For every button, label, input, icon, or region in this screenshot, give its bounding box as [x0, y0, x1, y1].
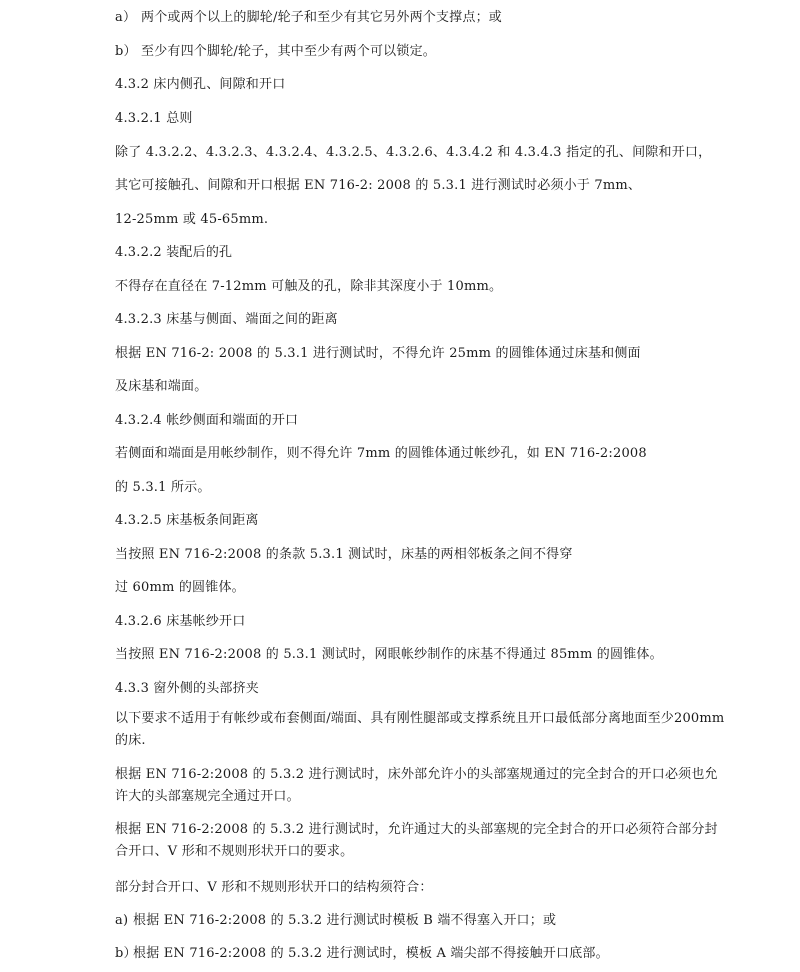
body-text-line: 根据 EN 716-2: 2008 的 5.3.1 进行测试时，不得允许 25m…	[115, 346, 641, 362]
list-item-a-casters: a）两个或两个以上的脚轮/轮子和至少有其它另外两个支撑点；或	[115, 10, 502, 26]
section-heading-4-3-3: 4.3.3 窗外侧的头部挤夹	[115, 681, 259, 697]
section-heading-4-3-2: 4.3.2 床内侧孔、间隙和开口	[115, 77, 285, 93]
list-label: b）	[115, 946, 133, 962]
list-label: a）	[115, 10, 141, 26]
list-item-b-casters: b）至少有四个脚轮/轮子，其中至少有两个可以锁定。	[115, 44, 436, 60]
body-text-line: 的 5.3.1 所示。	[115, 480, 211, 496]
list-text: 根据 EN 716-2:2008 的 5.3.2 进行测试时，模板 A 端尖部不…	[133, 946, 609, 961]
document-page: a）两个或两个以上的脚轮/轮子和至少有其它另外两个支撑点；或 b）至少有四个脚轮…	[0, 0, 800, 972]
body-text-line: 部分封合开口、V 形和不规则形状开口的结构须符合：	[115, 880, 433, 896]
list-label: a)	[115, 913, 133, 929]
body-text-line: 及床基和端面。	[115, 379, 207, 395]
body-text-line: 其它可接触孔、间隙和开口根据 EN 716-2: 2008 的 5.3.1 进行…	[115, 178, 641, 194]
body-text-line: 12-25mm 或 45-65mm.	[115, 212, 268, 228]
list-text: 至少有四个脚轮/轮子，其中至少有两个可以锁定。	[141, 44, 436, 59]
body-paragraph-small-probe: 根据 EN 716-2:2008 的 5.3.2 进行测试时，床外部允许小的头部…	[115, 764, 730, 808]
list-text: 两个或两个以上的脚轮/轮子和至少有其它另外两个支撑点；或	[141, 10, 502, 25]
list-label: b）	[115, 44, 141, 60]
body-text-line: 当按照 EN 716-2:2008 的条款 5.3.1 测试时，床基的两相邻板条…	[115, 547, 573, 563]
section-heading-4-3-2-5: 4.3.2.5 床基板条间距离	[115, 513, 259, 529]
body-text-line: 过 60mm 的圆锥体。	[115, 580, 245, 596]
list-item-a-template-b: a)根据 EN 716-2:2008 的 5.3.2 进行测试时模板 B 端不得…	[115, 913, 556, 929]
section-heading-4-3-2-3: 4.3.2.3 床基与侧面、端面之间的距离	[115, 312, 338, 328]
body-paragraph-large-probe: 根据 EN 716-2:2008 的 5.3.2 进行测试时，允许通过大的头部塞…	[115, 819, 730, 863]
section-heading-4-3-2-6: 4.3.2.6 床基帐纱开口	[115, 614, 245, 630]
list-text: 根据 EN 716-2:2008 的 5.3.2 进行测试时模板 B 端不得塞入…	[133, 913, 556, 928]
body-text-line: 不得存在直径在 7-12mm 可触及的孔，除非其深度小于 10mm。	[115, 279, 502, 295]
body-paragraph-exemption: 以下要求不适用于有帐纱或布套侧面/端面、具有刚性腿部或支撑系统且开口最低部分离地…	[115, 708, 730, 752]
list-item-b-template-a: b）根据 EN 716-2:2008 的 5.3.2 进行测试时，模板 A 端尖…	[115, 946, 609, 962]
body-text-line: 除了 4.3.2.2、4.3.2.3、4.3.2.4、4.3.2.5、4.3.2…	[115, 145, 711, 161]
body-text-line: 若侧面和端面是用帐纱制作，则不得允许 7mm 的圆锥体通过帐纱孔，如 EN 71…	[115, 446, 647, 462]
section-heading-4-3-2-2: 4.3.2.2 装配后的孔	[115, 245, 232, 261]
section-heading-4-3-2-4: 4.3.2.4 帐纱侧面和端面的开口	[115, 413, 298, 429]
body-text-line: 当按照 EN 716-2:2008 的 5.3.1 测试时，网眼帐纱制作的床基不…	[115, 647, 663, 663]
section-heading-4-3-2-1: 4.3.2.1 总则	[115, 111, 193, 127]
